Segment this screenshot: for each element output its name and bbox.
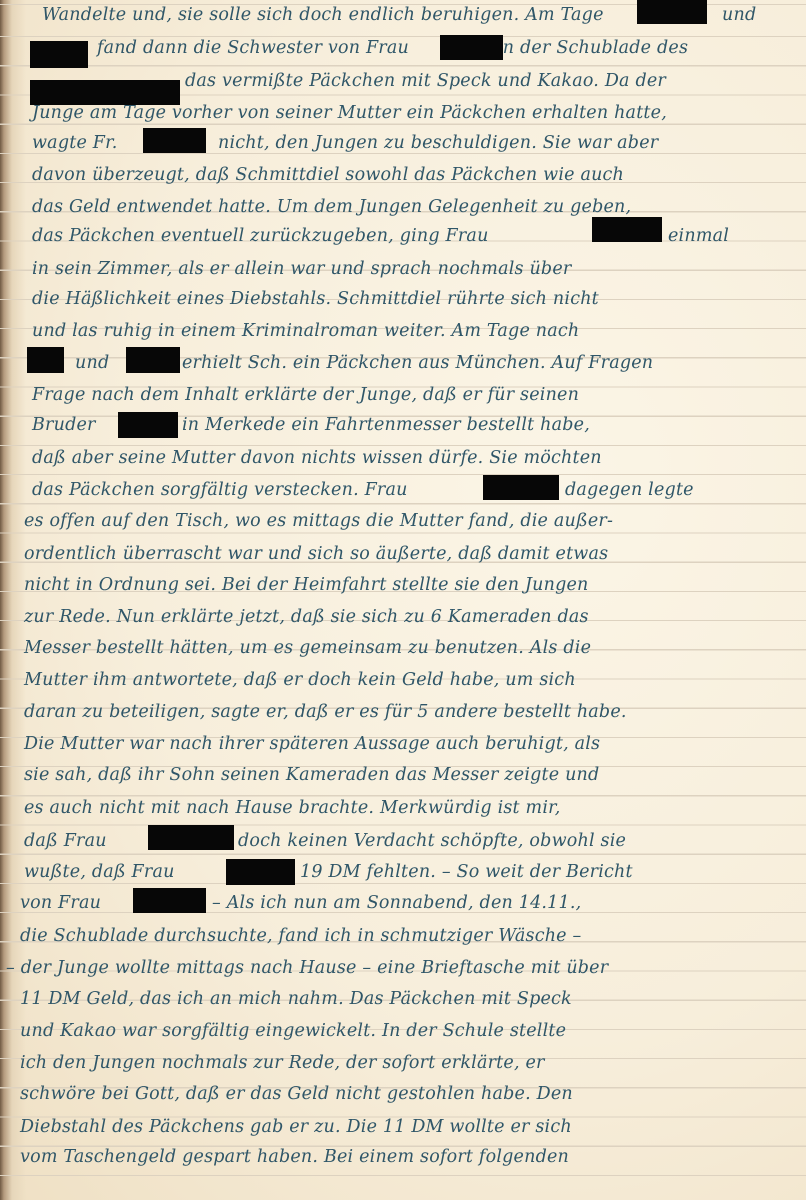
text-segment: schwöre bei Gott, daß er das Geld nicht … bbox=[20, 1079, 573, 1109]
redaction-box bbox=[440, 35, 503, 60]
text-line: daran zu beteiligen, sagte er, daß er es… bbox=[0, 697, 806, 727]
text-segment: und bbox=[75, 348, 109, 378]
text-line: fand dann die Schwester von Frauin der S… bbox=[0, 33, 806, 63]
text-segment: daran zu beteiligen, sagte er, daß er es… bbox=[24, 697, 627, 727]
text-line: nicht in Ordnung sei. Bei der Heimfahrt … bbox=[0, 570, 806, 600]
text-line: die Häßlichkeit eines Diebstahls. Schmit… bbox=[0, 284, 806, 314]
text-segment: nicht in Ordnung sei. Bei der Heimfahrt … bbox=[24, 570, 589, 600]
text-line: Die Mutter war nach ihrer späteren Aussa… bbox=[0, 729, 806, 759]
text-segment: ordentlich überrascht war und sich so äu… bbox=[24, 539, 608, 569]
text-segment: es auch nicht mit nach Hause brachte. Me… bbox=[24, 793, 561, 823]
text-segment: Junge am Tage vorher von seiner Mutter e… bbox=[32, 98, 667, 128]
redaction-box bbox=[143, 128, 206, 153]
text-line: Junge am Tage vorher von seiner Mutter e… bbox=[0, 98, 806, 128]
text-segment: daß Frau bbox=[24, 826, 107, 856]
text-segment: Mutter ihm antwortete, daß er doch kein … bbox=[24, 665, 576, 695]
redaction-box bbox=[30, 41, 88, 68]
text-segment: – Als ich nun am Sonnabend, den 14.11., bbox=[212, 888, 581, 918]
text-line: die Schublade durchsuchte, fand ich in s… bbox=[0, 921, 806, 951]
text-line: in sein Zimmer, als er allein war und sp… bbox=[0, 254, 806, 284]
text-line: Frage nach dem Inhalt erklärte der Junge… bbox=[0, 380, 806, 410]
text-line: zur Rede. Nun erklärte jetzt, daß sie si… bbox=[0, 602, 806, 632]
text-segment: wußte, daß Frau bbox=[24, 857, 175, 887]
text-segment: in der Schublade des bbox=[497, 33, 688, 63]
text-line: wußte, daß Frau19 DM fehlten. – So weit … bbox=[0, 857, 806, 887]
text-segment: zur Rede. Nun erklärte jetzt, daß sie si… bbox=[24, 602, 589, 632]
text-segment: das vermißte Päckchen mit Speck und Kaka… bbox=[185, 66, 666, 96]
text-segment: Wandelte und, sie solle sich doch endlic… bbox=[42, 0, 604, 30]
text-line: sie sah, daß ihr Sohn seinen Kameraden d… bbox=[0, 760, 806, 790]
text-segment: das Päckchen eventuell zurückzugeben, gi… bbox=[32, 221, 489, 251]
text-segment: Frage nach dem Inhalt erklärte der Junge… bbox=[32, 380, 579, 410]
text-segment: vom Taschengeld gespart haben. Bei einem… bbox=[20, 1142, 569, 1172]
text-line: daß Fraudoch keinen Verdacht schöpfte, o… bbox=[0, 826, 806, 856]
text-segment: ich den Jungen nochmals zur Rede, der so… bbox=[20, 1048, 545, 1078]
text-segment: es offen auf den Tisch, wo es mittags di… bbox=[24, 506, 613, 536]
text-line: Diebstahl des Päckchens gab er zu. Die 1… bbox=[0, 1112, 806, 1142]
text-segment: das Geld entwendet hatte. Um dem Jungen … bbox=[32, 192, 631, 222]
text-segment: Messer bestellt hätten, um es gemeinsam … bbox=[24, 633, 591, 663]
text-segment: fand dann die Schwester von Frau bbox=[97, 33, 409, 63]
redaction-box bbox=[226, 859, 295, 885]
text-segment: – der Junge wollte mittags nach Hause – … bbox=[6, 953, 608, 983]
text-line: das Päckchen sorgfältig verstecken. Frau… bbox=[0, 475, 806, 505]
text-line: das Geld entwendet hatte. Um dem Jungen … bbox=[0, 192, 806, 222]
text-segment: davon überzeugt, daß Schmittdiel sowohl … bbox=[32, 160, 624, 190]
text-segment: von Frau bbox=[20, 888, 101, 918]
redaction-box bbox=[126, 347, 180, 373]
text-segment: und bbox=[722, 0, 756, 30]
text-segment: Die Mutter war nach ihrer späteren Aussa… bbox=[24, 729, 600, 759]
text-segment: 19 DM fehlten. – So weit der Bericht bbox=[300, 857, 633, 887]
text-segment: in Merkede ein Fahrtenmesser bestellt ha… bbox=[182, 410, 590, 440]
text-segment: das Päckchen sorgfältig verstecken. Frau bbox=[32, 475, 408, 505]
text-line: underhielt Sch. ein Päckchen aus München… bbox=[0, 348, 806, 378]
text-segment: 11 DM Geld, das ich an mich nahm. Das Pä… bbox=[20, 984, 572, 1014]
text-line: – der Junge wollte mittags nach Hause – … bbox=[0, 953, 806, 983]
text-line: davon überzeugt, daß Schmittdiel sowohl … bbox=[0, 160, 806, 190]
text-line: es auch nicht mit nach Hause brachte. Me… bbox=[0, 793, 806, 823]
text-line: das Päckchen eventuell zurückzugeben, gi… bbox=[0, 221, 806, 251]
text-segment: nicht, den Jungen zu beschuldigen. Sie w… bbox=[218, 128, 658, 158]
text-segment: Diebstahl des Päckchens gab er zu. Die 1… bbox=[20, 1112, 572, 1142]
text-segment: in sein Zimmer, als er allein war und sp… bbox=[32, 254, 571, 284]
text-segment: und Kakao war sorgfältig eingewickelt. I… bbox=[20, 1016, 566, 1046]
text-line: wagte Fr.nicht, den Jungen zu beschuldig… bbox=[0, 128, 806, 158]
redaction-box bbox=[592, 217, 662, 242]
text-line: es offen auf den Tisch, wo es mittags di… bbox=[0, 506, 806, 536]
text-line: und Kakao war sorgfältig eingewickelt. I… bbox=[0, 1016, 806, 1046]
text-segment: die Schublade durchsuchte, fand ich in s… bbox=[20, 921, 581, 951]
notebook-page: Wandelte und, sie solle sich doch endlic… bbox=[0, 0, 806, 1200]
text-line: ordentlich überrascht war und sich so äu… bbox=[0, 539, 806, 569]
text-line: und las ruhig in einem Kriminalroman wei… bbox=[0, 316, 806, 346]
text-line: daß aber seine Mutter davon nichts wisse… bbox=[0, 443, 806, 473]
text-line: Messer bestellt hätten, um es gemeinsam … bbox=[0, 633, 806, 663]
text-segment: doch keinen Verdacht schöpfte, obwohl si… bbox=[238, 826, 626, 856]
text-segment: daß aber seine Mutter davon nichts wisse… bbox=[32, 443, 602, 473]
text-segment: Bruder bbox=[32, 410, 96, 440]
redaction-box bbox=[118, 412, 178, 438]
redaction-box bbox=[483, 475, 559, 500]
text-line: Mutter ihm antwortete, daß er doch kein … bbox=[0, 665, 806, 695]
redaction-box bbox=[637, 0, 707, 24]
text-segment: erhielt Sch. ein Päckchen aus München. A… bbox=[182, 348, 653, 378]
text-line: von Frau– Als ich nun am Sonnabend, den … bbox=[0, 888, 806, 918]
text-segment: sie sah, daß ihr Sohn seinen Kameraden d… bbox=[24, 760, 599, 790]
text-segment: dagegen legte bbox=[565, 475, 694, 505]
redaction-box bbox=[148, 825, 234, 850]
text-segment: einmal bbox=[668, 221, 729, 251]
text-line: ich den Jungen nochmals zur Rede, der so… bbox=[0, 1048, 806, 1078]
text-segment: die Häßlichkeit eines Diebstahls. Schmit… bbox=[32, 284, 599, 314]
redaction-box bbox=[27, 347, 64, 373]
text-line: vom Taschengeld gespart haben. Bei einem… bbox=[0, 1142, 806, 1172]
redaction-box bbox=[133, 888, 206, 913]
text-segment: wagte Fr. bbox=[32, 128, 118, 158]
text-segment: und las ruhig in einem Kriminalroman wei… bbox=[32, 316, 579, 346]
text-line: schwöre bei Gott, daß er das Geld nicht … bbox=[0, 1079, 806, 1109]
text-line: 11 DM Geld, das ich an mich nahm. Das Pä… bbox=[0, 984, 806, 1014]
